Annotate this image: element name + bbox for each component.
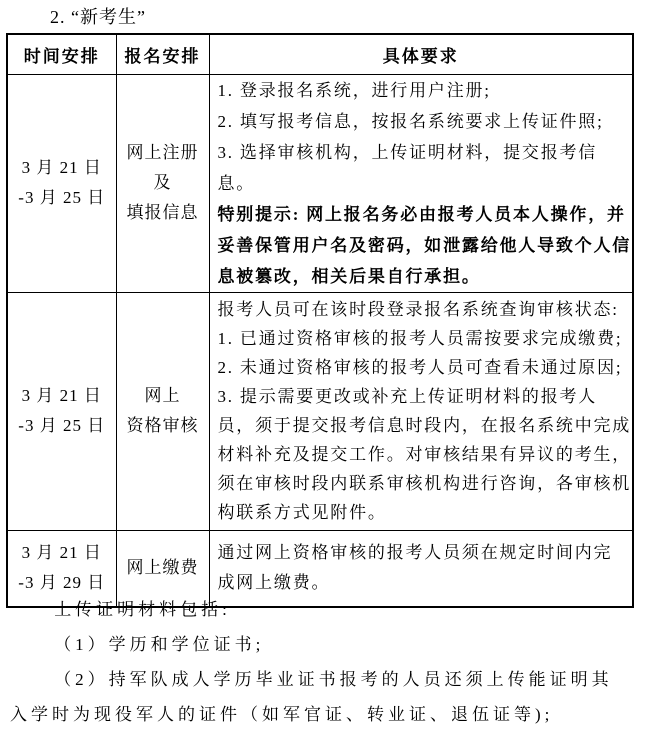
notes-item-1: （1）学历和学位证书; xyxy=(10,627,615,662)
cell-requirements: 1. 登录报名系统，进行用户注册; 2. 填写报考信息，按报名系统要求上传证件照… xyxy=(209,74,633,292)
stage-line: 资格审核 xyxy=(117,411,209,441)
cell-stage: 网上注册 及 填报信息 xyxy=(116,74,209,292)
time-line: 3 月 21 日 xyxy=(8,538,116,568)
requirement-item: 2. 未通过资格审核的报考人员可查看未通过原因; xyxy=(218,353,633,382)
notes-intro: 上传证明材料包括: xyxy=(10,592,615,627)
table-row: 3 月 21 日 -3 月 25 日 网上注册 及 填报信息 1. 登录报名系统… xyxy=(7,74,633,292)
table-row: 3 月 21 日 -3 月 25 日 网上 资格审核 报考人员可在该时段登录报名… xyxy=(7,292,633,530)
cell-requirements: 报考人员可在该时段登录报名系统查询审核状态: 1. 已通过资格审核的报考人员需按… xyxy=(209,292,633,530)
table-header-row: 时间安排 报名安排 具体要求 xyxy=(7,34,633,74)
requirement-item: 3. 选择审核机构，上传证明材料，提交报考信息。 xyxy=(218,137,633,199)
requirement-item: 1. 已通过资格审核的报考人员需按要求完成缴费; xyxy=(218,324,633,353)
cell-time-range: 3 月 21 日 -3 月 25 日 xyxy=(7,292,116,530)
requirement-item: 2. 填写报考信息，按报名系统要求上传证件照; xyxy=(218,106,633,137)
requirement-item: 3. 提示需要更改或补充上传证明材料的报考人员，须于提交报考信息时段内，在报名系… xyxy=(218,382,633,527)
time-line: 3 月 21 日 xyxy=(8,153,116,183)
stage-line: 网上注册 xyxy=(117,138,209,168)
document-page: 2. “新考生” 时间安排 报名安排 具体要求 3 月 21 日 -3 月 25… xyxy=(0,0,645,729)
header-cell-requirements: 具体要求 xyxy=(209,34,633,74)
header-cell-stage: 报名安排 xyxy=(116,34,209,74)
stage-line: 网上缴费 xyxy=(117,553,209,583)
header-cell-time: 时间安排 xyxy=(7,34,116,74)
upload-materials-notes: 上传证明材料包括: （1）学历和学位证书; （2）持军队成人学历毕业证书报考的人… xyxy=(10,592,615,729)
registration-schedule-table: 时间安排 报名安排 具体要求 3 月 21 日 -3 月 25 日 网上注册 及… xyxy=(6,33,634,608)
time-line: -3 月 25 日 xyxy=(8,411,116,441)
time-line: 3 月 21 日 xyxy=(8,381,116,411)
requirement-text: 通过网上资格审核的报考人员须在规定时间内完成网上缴费。 xyxy=(218,538,622,598)
stage-line: 及 xyxy=(117,168,209,198)
special-notice: 特别提示: 网上报名务必由报考人员本人操作，并妥善保管用户名及密码，如泄露给他人… xyxy=(218,199,633,292)
requirement-item: 1. 登录报名系统，进行用户注册; xyxy=(218,75,633,106)
cell-stage: 网上 资格审核 xyxy=(116,292,209,530)
stage-line: 填报信息 xyxy=(117,198,209,228)
section-title: 2. “新考生” xyxy=(50,3,146,29)
requirement-intro: 报考人员可在该时段登录报名系统查询审核状态: xyxy=(218,295,633,324)
cell-time-range: 3 月 21 日 -3 月 25 日 xyxy=(7,74,116,292)
notes-item-2: （2）持军队成人学历毕业证书报考的人员还须上传能证明其入学时为现役军人的证件（如… xyxy=(10,662,615,729)
stage-line: 网上 xyxy=(117,381,209,411)
time-line: -3 月 25 日 xyxy=(8,183,116,213)
